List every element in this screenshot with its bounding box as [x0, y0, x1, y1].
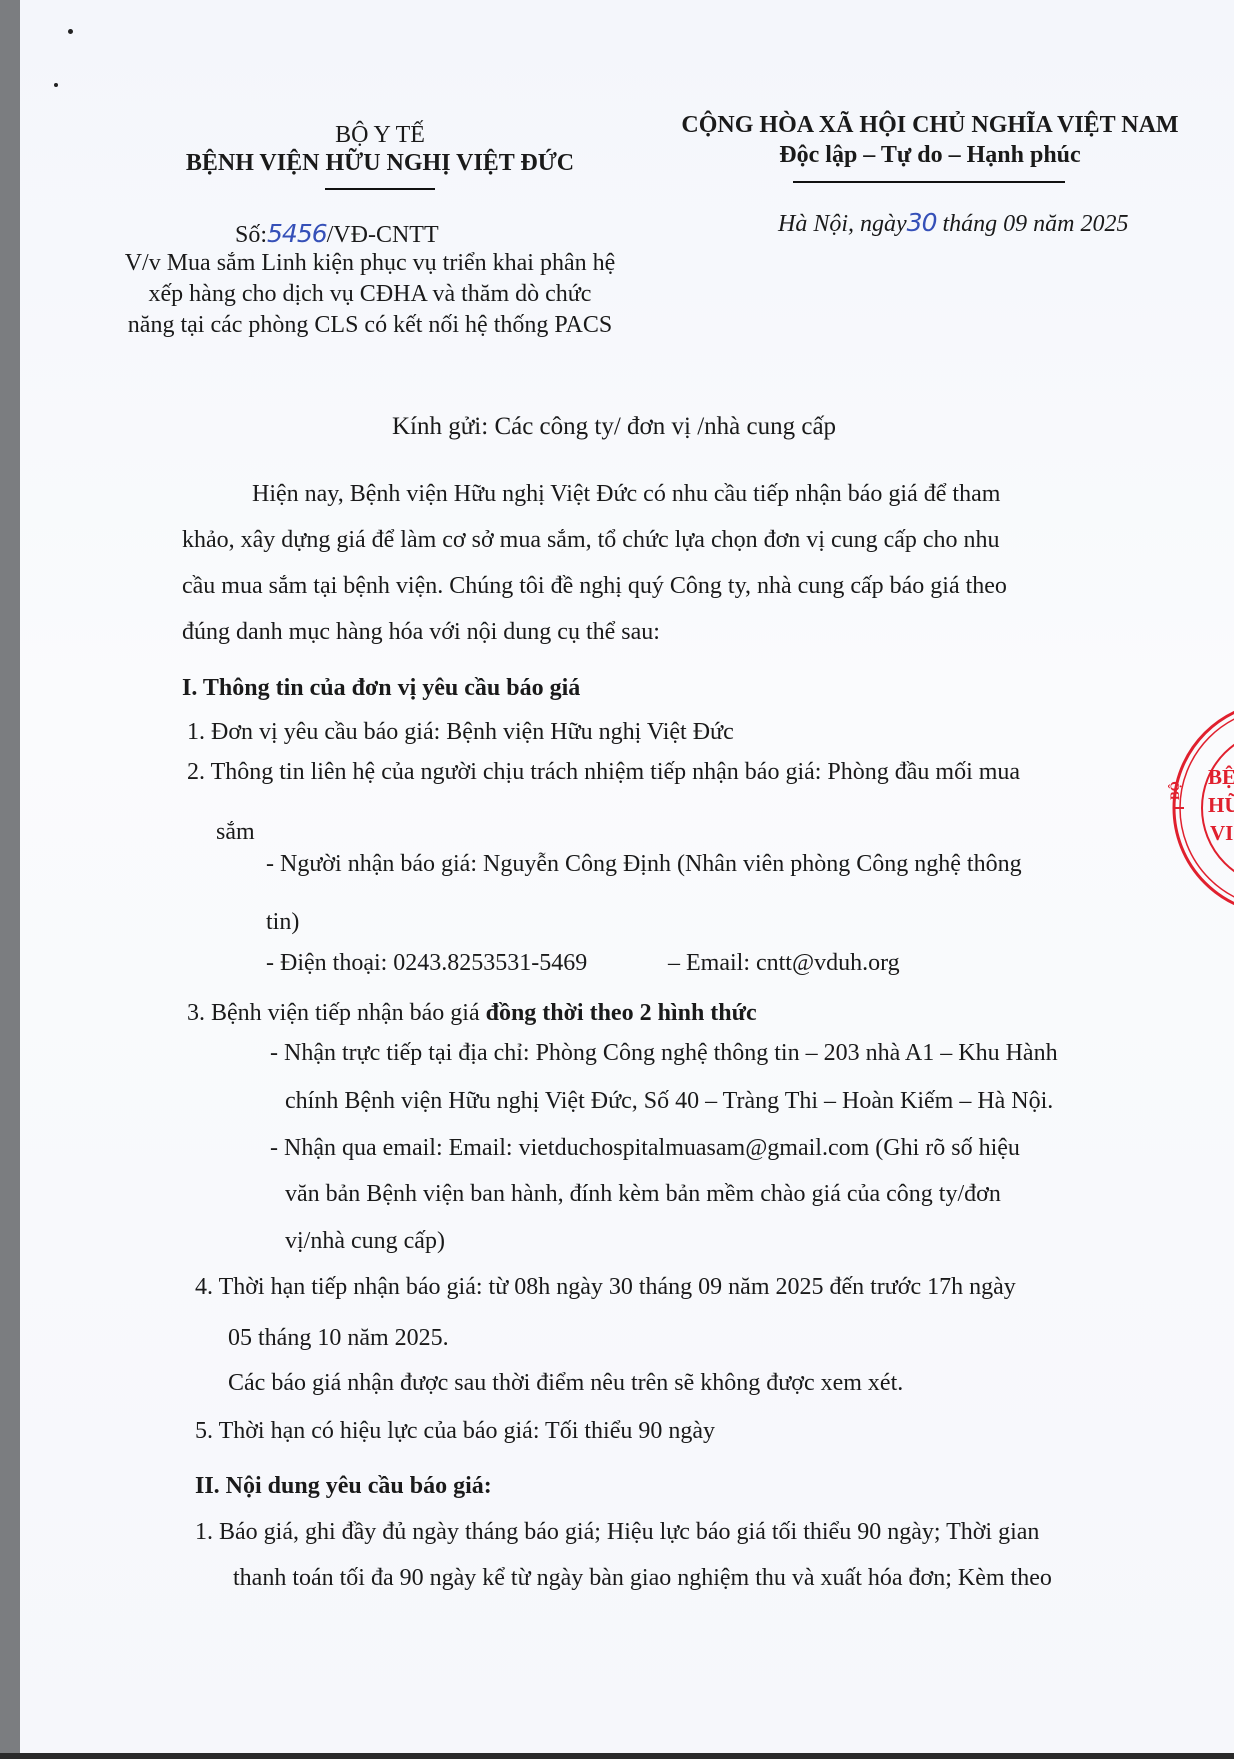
intro-line-3: cầu mua sắm tại bệnh viện. Chúng tôi đề …	[182, 573, 1007, 600]
scan-speck	[68, 29, 73, 34]
section-2-title: II. Nội dung yêu cầu báo giá:	[195, 1473, 492, 1500]
subject-line-3: năng tại các phòng CLS có kết nối hệ thố…	[60, 312, 680, 339]
section-1-item-2-line-2: sắm	[216, 819, 255, 846]
subject-line-2: xếp hàng cho dịch vụ CĐHA và thăm dò chứ…	[60, 281, 680, 308]
number-prefix: Số:	[235, 222, 267, 248]
direct-address-line-1: - Nhận trực tiếp tại địa chỉ: Phòng Công…	[270, 1040, 1058, 1067]
document-date: Hà Nội, ngày30 tháng 09 năm 2025	[778, 208, 1128, 238]
section-1-item-3: 3. Bệnh viện tiếp nhận báo giá đồng thời…	[187, 1000, 757, 1027]
document-number: Số:5456/VĐ-CNTT	[235, 219, 439, 249]
email-submission-line-3: vị/nhà cung cấp)	[285, 1228, 445, 1255]
direct-address-line-2: chính Bệnh viện Hữu nghị Việt Đức, Số 40…	[285, 1088, 1053, 1115]
section-1-item-4-line-1: 4. Thời hạn tiếp nhận báo giá: từ 08h ng…	[195, 1274, 1016, 1301]
scan-edge-left	[0, 0, 20, 1759]
hospital-name: BỆNH VIỆN HỮU NGHỊ VIỆT ĐỨC	[140, 150, 620, 177]
section-1-item-4-line-2: 05 tháng 10 năm 2025.	[228, 1325, 449, 1352]
section-1-item-4-note: Các báo giá nhận được sau thời điểm nêu …	[228, 1370, 903, 1397]
section-2-item-1-line-1: 1. Báo giá, ghi đầy đủ ngày tháng báo gi…	[195, 1519, 1039, 1546]
header-underline-right	[793, 181, 1065, 183]
item-3-prefix: 3. Bệnh viện tiếp nhận báo giá	[187, 1000, 486, 1026]
handwritten-day: 30	[907, 208, 937, 237]
national-motto: Độc lập – Tự do – Hạnh phúc	[660, 142, 1200, 169]
intro-line-2: khảo, xây dựng giá để làm cơ sở mua sắm,…	[182, 527, 1000, 554]
date-suffix: tháng 09 năm 2025	[942, 211, 1128, 237]
country-name: CỘNG HÒA XÃ HỘI CHỦ NGHĨA VIỆT NAM	[660, 112, 1200, 139]
section-1-item-1: 1. Đơn vị yêu cầu báo giá: Bệnh viện Hữu…	[187, 719, 734, 746]
contact-person-line-2: tin)	[266, 909, 299, 936]
handwritten-number: 5456	[267, 219, 327, 248]
section-1-title: I. Thông tin của đơn vị yêu cầu báo giá	[182, 675, 580, 702]
intro-line-4: đúng danh mục hàng hóa với nội dung cụ t…	[182, 619, 660, 646]
contact-phone: - Điện thoại: 0243.8253531-5469	[266, 950, 587, 977]
subject-line-1: V/v Mua sắm Linh kiện phục vụ triển khai…	[60, 250, 680, 277]
svg-text:BỆ: BỆ	[1208, 765, 1234, 789]
email-submission-line-1: - Nhận qua email: Email: vietduchospital…	[270, 1135, 1020, 1162]
svg-text:VI: VI	[1210, 821, 1233, 845]
section-2-item-1-line-2: thanh toán tối đa 90 ngày kể từ ngày bàn…	[233, 1565, 1052, 1592]
scan-edge-bottom	[0, 1753, 1234, 1759]
number-suffix: /VĐ-CNTT	[327, 222, 439, 248]
ministry-name: BỘ Y TẾ	[160, 122, 600, 149]
salutation: Kính gửi: Các công ty/ đơn vị /nhà cung …	[392, 413, 836, 441]
header-underline-left	[325, 188, 435, 190]
section-1-item-2-line-1: 2. Thông tin liên hệ của người chịu trác…	[187, 759, 1020, 786]
item-3-bold: đồng thời theo 2 hình thức	[486, 1000, 757, 1026]
svg-text:BỘ: BỘ	[1167, 781, 1182, 800]
section-1-item-5: 5. Thời hạn có hiệu lực của báo giá: Tối…	[195, 1418, 715, 1445]
contact-person-line-1: - Người nhận báo giá: Nguyễn Công Định (…	[266, 851, 1022, 878]
svg-text:HỮ: HỮ	[1208, 793, 1234, 817]
email-submission-line-2: văn bản Bệnh viện ban hành, đính kèm bản…	[285, 1181, 1001, 1208]
scan-speck	[54, 83, 58, 87]
date-prefix: Hà Nội, ngày	[778, 211, 907, 237]
official-stamp: BỆ HỮ VI BỘ	[1162, 700, 1234, 920]
intro-line-1: Hiện nay, Bệnh viện Hữu nghị Việt Đức có…	[252, 481, 1000, 508]
contact-email[interactable]: – Email: cntt@vduh.org	[668, 950, 900, 977]
